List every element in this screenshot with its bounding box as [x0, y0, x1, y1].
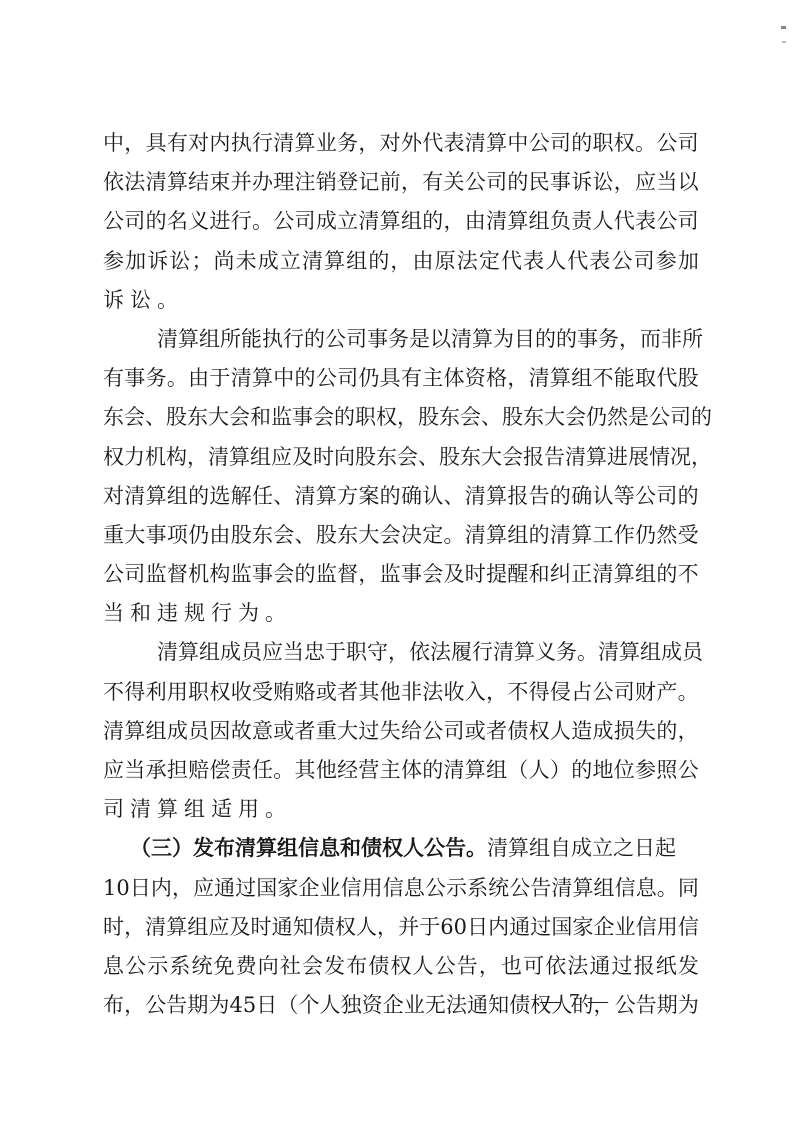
text-line: 对清算组的选解任、清算方案的确认、清算报告的确认等公司的: [103, 481, 699, 520]
scan-mark: [782, 41, 786, 43]
text-line: 权力机构，清算组应及时向股东会、股东大会报告清算进展情况，: [103, 442, 699, 481]
scan-mark: [781, 26, 786, 29]
text-line: 10日内，应通过国家企业信用信息公示系统公告清算组信息。同: [103, 873, 699, 912]
document-page: 中，具有对内执行清算业务，对外代表清算中公司的职权。公司 依法清算结束并办理注销…: [0, 0, 793, 1122]
text-line: 参加诉讼；尚未成立清算组的，由原法定代表人代表公司参加: [103, 246, 699, 285]
text-line: 清算组成员应当忠于职守，依法履行清算义务。清算组成员: [103, 637, 699, 676]
text-line: 司清算组适用。: [103, 794, 699, 833]
section-heading: （三）发布清算组信息和债权人公告。: [130, 833, 487, 872]
text-line: 有事务。由于清算中的公司仍具有主体资格，清算组不能取代股: [103, 363, 699, 402]
text-line: 当和违规行为。: [103, 598, 699, 637]
text-line: 公司的名义进行。公司成立清算组的，由清算组负责人代表公司: [103, 206, 699, 245]
text-line: 息公示系统免费向社会发布债权人公告，也可依法通过报纸发: [103, 951, 699, 990]
document-body: 中，具有对内执行清算业务，对外代表清算中公司的职权。公司 依法清算结束并办理注销…: [103, 128, 699, 1029]
text-line: 依法清算结束并办理注销登记前，有关公司的民事诉讼，应当以: [103, 167, 699, 206]
text-line: 重大事项仍由股东会、股东大会决定。清算组的清算工作仍然受: [103, 520, 699, 559]
text-line: 应当承担赔偿责任。其他经营主体的清算组（人）的地位参照公: [103, 755, 699, 794]
text-line: 清算组成员因故意或者重大过失给公司或者债权人造成损失的，: [103, 716, 699, 755]
page-number: — 7 —: [540, 990, 610, 1013]
text-line: 中，具有对内执行清算业务，对外代表清算中公司的职权。公司: [103, 128, 699, 167]
text-run: 清算组自成立之日起: [487, 833, 676, 872]
text-line: 诉讼。: [103, 285, 699, 324]
text-line: 不得利用职权收受贿赂或者其他非法收入，不得侵占公司财产。: [103, 677, 699, 716]
text-line: 时，清算组应及时通知债权人，并于60日内通过国家企业信用信: [103, 912, 699, 951]
text-line: 东会、股东大会和监事会的职权，股东会、股东大会仍然是公司的: [103, 402, 699, 441]
text-line: 清算组所能执行的公司事务是以清算为目的的事务，而非所: [103, 324, 699, 363]
text-line: （三）发布清算组信息和债权人公告。清算组自成立之日起: [103, 833, 699, 872]
text-line: 公司监督机构监事会的监督，监事会及时提醒和纠正清算组的不: [103, 559, 699, 598]
